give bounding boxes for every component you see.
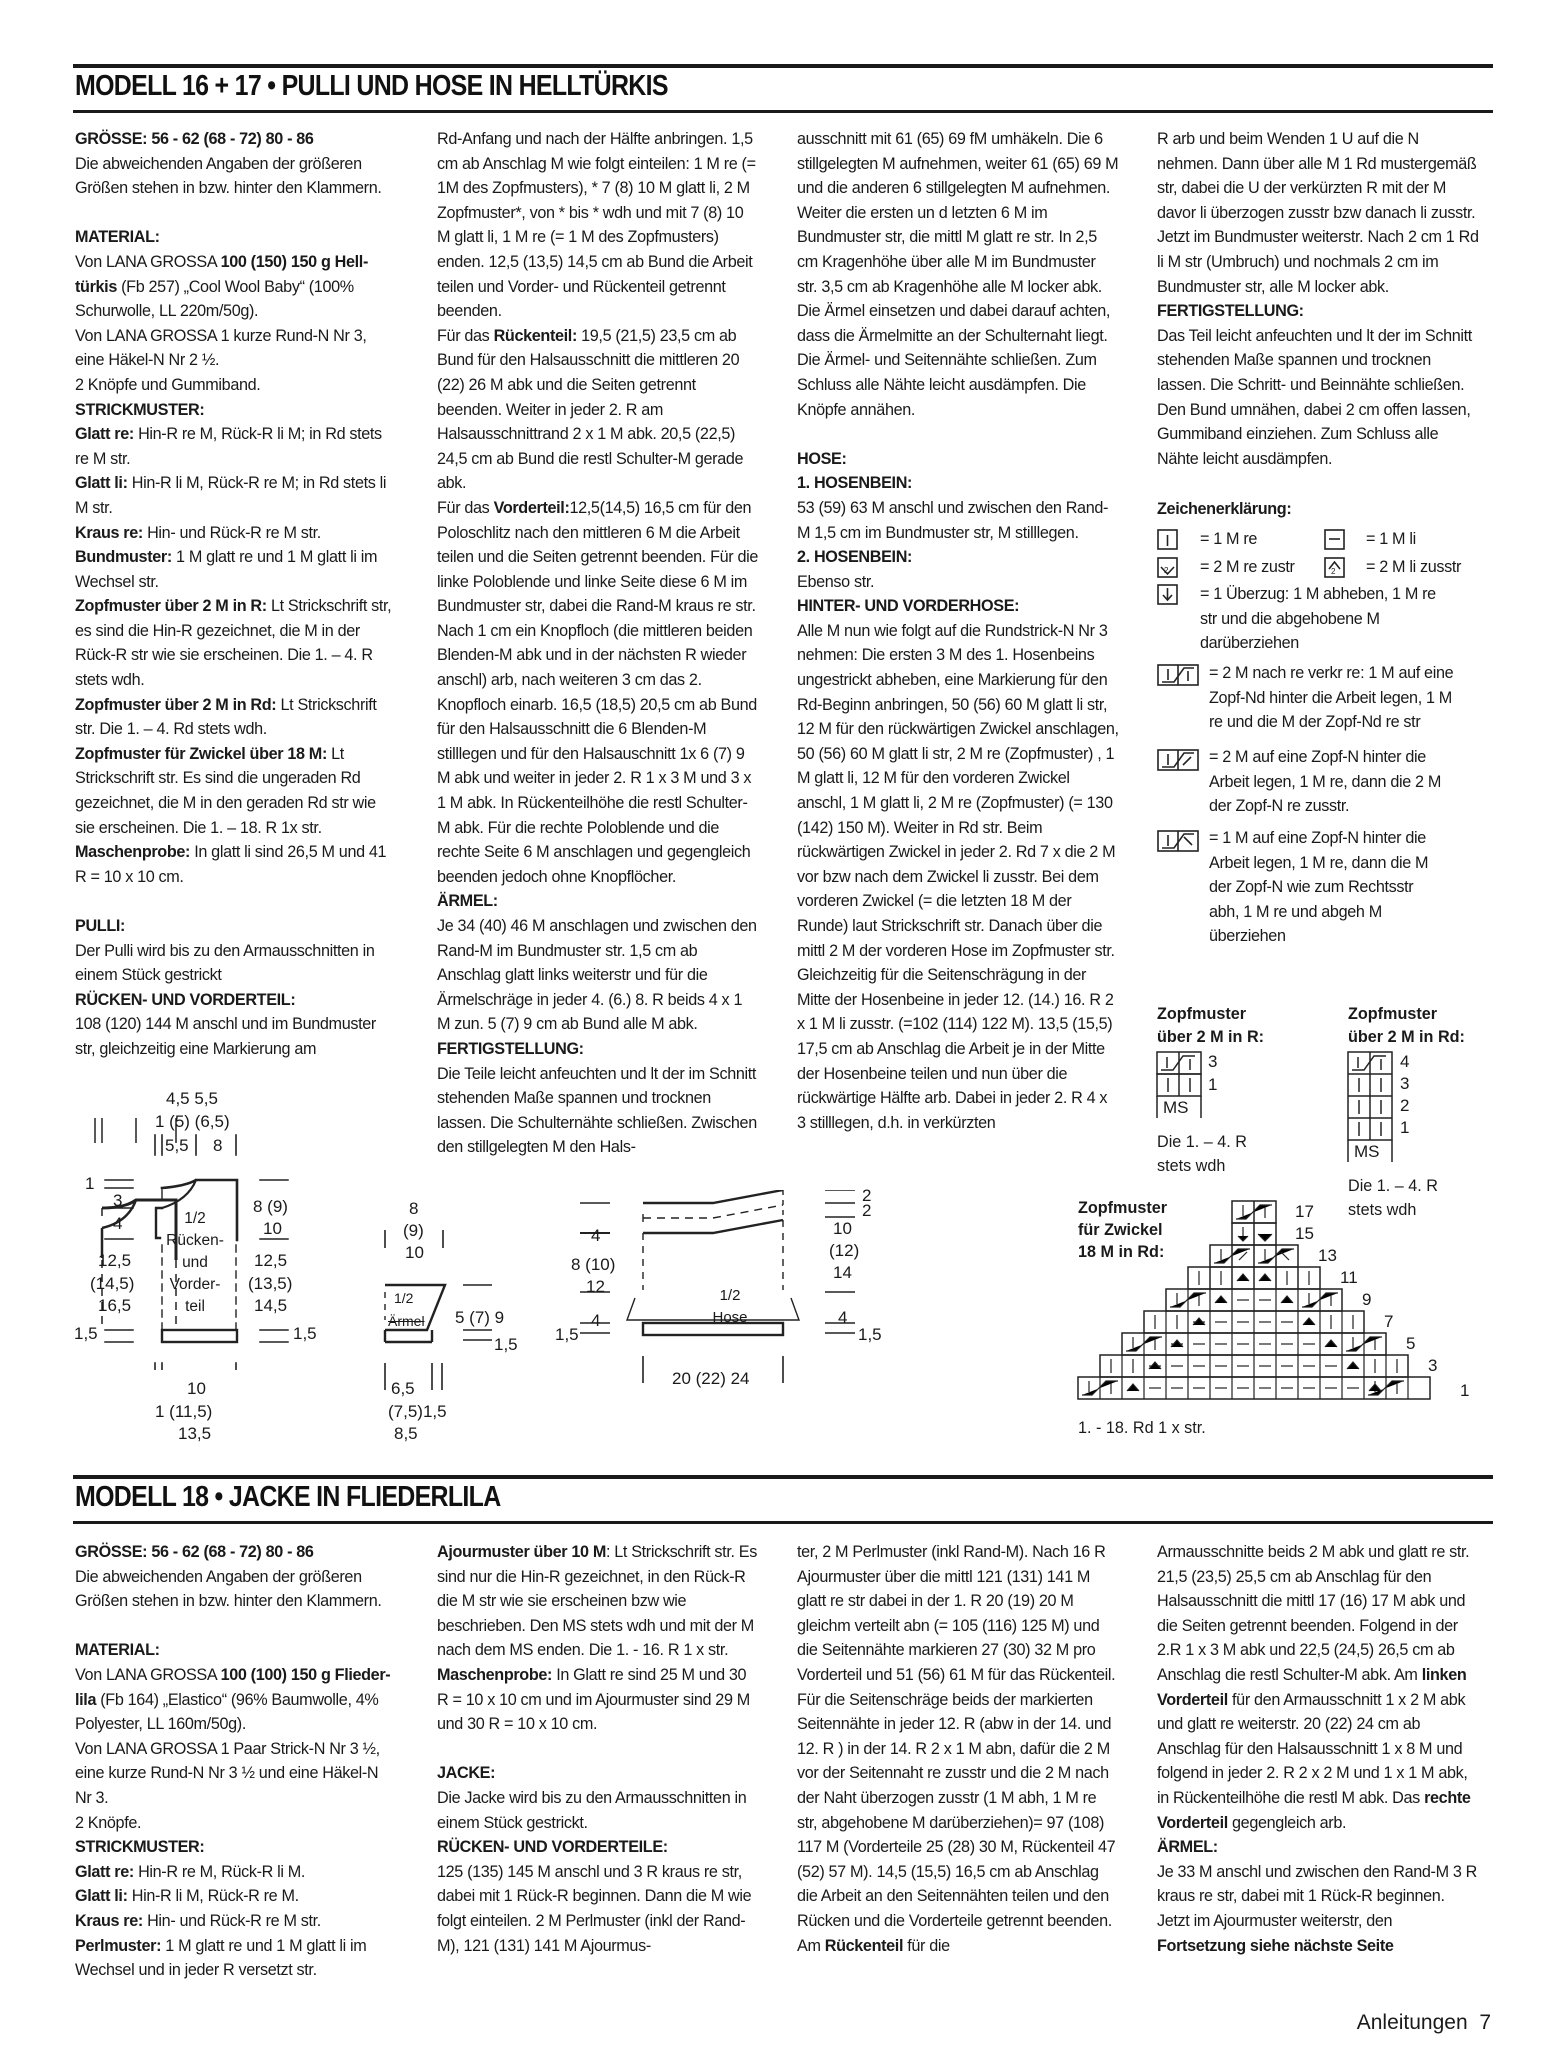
sleeve-top-2: (9) (403, 1222, 424, 1239)
paragraph: HINTER- UND VORDERHOSE: (797, 594, 1119, 619)
text-run: Je 33 M anschl und zwischen den Rand-M 3… (1157, 1863, 1477, 1930)
bold-run: GRÖSSE: 56 - 62 (68 - 72) 80 - 86 (75, 1543, 314, 1561)
paragraph: 2 Knöpfe und Gummiband. (75, 373, 397, 398)
paragraph: R arb und beim Wenden 1 U auf die N nehm… (1157, 127, 1479, 299)
legend-item-skp: = 1 Überzug: 1 M abheben, 1 M re str und… (1200, 582, 1450, 656)
text-column-5: GRÖSSE: 56 - 62 (68 - 72) 80 - 86Die abw… (75, 1540, 397, 1983)
bold-run: RÜCKEN- UND VORDERTEILE: (437, 1838, 668, 1856)
text-run: (Fb 257) „Cool Wool Baby“ (100% Schurwol… (75, 278, 354, 321)
paragraph: Die abweichenden Angaben der größeren Gr… (75, 1565, 397, 1614)
chart-zwickel-row-13: 13 (1318, 1247, 1337, 1264)
bold-run: STRICKMUSTER: (75, 1838, 204, 1856)
paragraph: Zopfmuster über 2 M in R: Lt Strickschri… (75, 594, 397, 692)
paragraph: Kraus re: Hin- und Rück-R re M str. (75, 1909, 397, 1934)
text-run: Die abweichenden Angaben der größeren Gr… (75, 155, 382, 198)
paragraph: Die Jacke wird bis zu den Armausschnitte… (437, 1786, 759, 1835)
sleeve-top-1: 8 (409, 1200, 418, 1217)
body-right-4: (13,5) (248, 1275, 292, 1292)
text-run: Rd-Anfang und nach der Hälfte anbringen.… (437, 130, 756, 320)
pants-right-5: 14 (833, 1264, 852, 1281)
paragraph: 108 (120) 144 M anschl und im Bundmuster… (75, 1012, 397, 1061)
text-run: 12,5(14,5) 16,5 cm für den Poloschlitz n… (437, 499, 758, 886)
text-run: 2 Knöpfe. (75, 1814, 141, 1832)
text-run: Hin-R li M, Rück-R re M. (128, 1887, 299, 1905)
text-run: Gleichzeitig für die Seitenschrägung in … (797, 966, 1113, 1132)
text-run: 125 (135) 145 M anschl und 3 R kraus re … (437, 1863, 751, 1955)
chart-zwickel-row-3: 3 (1428, 1357, 1437, 1374)
cable-ssk-icon (1158, 831, 1198, 851)
chart-zopf-r-title: Zopfmuster über 2 M in R: (1157, 1003, 1264, 1049)
knit-icon (1158, 530, 1177, 549)
bold-run: Zopfmuster über 2 M in R: (75, 597, 267, 615)
paragraph-gap (75, 889, 397, 914)
text-run: Armausschnitte beids 2 M abk und glatt r… (1157, 1543, 1469, 1684)
text-run: Ebenso str. (797, 573, 874, 591)
bold-run: 1. HOSENBEIN: (797, 474, 912, 492)
chart-zopf-rd-row-4: 4 (1400, 1053, 1409, 1070)
body-right-6: 1,5 (293, 1325, 317, 1342)
legend-item-cable-ssk: = 1 M auf eine Zopf-N hinter die Arbeit … (1209, 826, 1439, 949)
paragraph: Der Pulli wird bis zu den Armausschnitte… (75, 939, 397, 988)
bold-run: Rückenteil: (494, 327, 577, 345)
body-top-3b: 8 (213, 1137, 222, 1154)
text-run: R arb und beim Wenden 1 U auf die N nehm… (1157, 130, 1479, 296)
chart-zopf-rd-title: Zopfmuster über 2 M in Rd: (1348, 1003, 1465, 1049)
text-column-6: Ajourmuster über 10 M: Lt Strickschrift … (437, 1540, 759, 1958)
section-divider (73, 1475, 1493, 1479)
bold-run: Zopfmuster über 2 M in Rd: (75, 696, 276, 714)
bold-run: Fortsetzung siehe nächste Seite (1157, 1937, 1394, 1955)
chart-zopf-rd-row-3: 3 (1400, 1075, 1409, 1092)
text-run: ter, 2 M Perlmuster (inkl Rand-M). Nach … (797, 1543, 1115, 1955)
paragraph: JACKE: (437, 1761, 759, 1786)
text-run: Von LANA GROSSA (75, 1666, 221, 1684)
body-left-1: 1 (85, 1175, 94, 1192)
paragraph: 125 (135) 145 M anschl und 3 R kraus re … (437, 1860, 759, 1958)
paragraph: PULLI: (75, 914, 397, 939)
bold-run: ÄRMEL: (1157, 1838, 1218, 1856)
svg-text:2: 2 (1331, 567, 1336, 576)
text-column-7: ter, 2 M Perlmuster (inkl Rand-M). Nach … (797, 1540, 1119, 1958)
bold-run: FERTIGSTELLUNG: (437, 1040, 584, 1058)
paragraph: Kraus re: Hin- und Rück-R re M str. (75, 521, 397, 546)
bold-run: Glatt li: (75, 1887, 128, 1905)
text-run: Das Teil leicht anfeuchten und lt der im… (1157, 327, 1472, 468)
paragraph: Maschenprobe: In Glatt re sind 25 M und … (437, 1663, 759, 1737)
title-underline (73, 110, 1493, 113)
body-left-5: (14,5) (90, 1275, 134, 1292)
pants-right-2: 2 (862, 1202, 871, 1219)
bold-run: Maschenprobe: (437, 1666, 552, 1684)
paragraph: 53 (59) 63 M anschl und zwischen den Ran… (797, 496, 1119, 545)
legend-title: Zeichenerklärung: (1157, 497, 1487, 522)
text-run: Alle M nun wie folgt auf die Rundstrick-… (797, 622, 1119, 960)
bold-run: HOSE: (797, 450, 847, 468)
bold-run: Maschenprobe: (75, 843, 190, 861)
paragraph: Glatt li: Hin-R li M, Rück-R re M; in Rd… (75, 471, 397, 520)
bold-run: Kraus re: (75, 524, 143, 542)
body-bottom-2: 1 (11,5) (155, 1403, 212, 1420)
body-bottom-3: 13,5 (178, 1425, 211, 1442)
sleeve-label-1: 1/2 (394, 1291, 413, 1305)
body-top-2: 1 (5) (6,5) (155, 1113, 230, 1130)
paragraph: MATERIAL: (75, 225, 397, 250)
chart-zwickel-row-1: 1 (1460, 1382, 1469, 1399)
pants-left-4: 4 (591, 1312, 600, 1329)
paragraph: Armausschnitte beids 2 M abk und glatt r… (1157, 1540, 1479, 1835)
paragraph: RÜCKEN- UND VORDERTEILE: (437, 1835, 759, 1860)
pants-right-4: (12) (829, 1242, 859, 1259)
paragraph: Je 33 M anschl und zwischen den Rand-M 3… (1157, 1860, 1479, 1958)
paragraph: Von LANA GROSSA 100 (100) 150 g Flieder­… (75, 1663, 397, 1737)
paragraph: Bundmuster: 1 M glatt re und 1 M glatt l… (75, 545, 397, 594)
paragraph: MATERIAL: (75, 1638, 397, 1663)
text-run: 108 (120) 144 M anschl und im Bundmuster… (75, 1015, 376, 1058)
paragraph: RÜCKEN- UND VORDERTEIL: (75, 988, 397, 1013)
body-left-6: 16,5 (98, 1297, 131, 1314)
text-run: Der Pulli wird bis zu den Armausschnitte… (75, 942, 375, 985)
paragraph: Alle M nun wie folgt auf die Rundstrick-… (797, 619, 1119, 963)
skp-icon (1158, 585, 1177, 604)
paragraph-gap (75, 201, 397, 226)
chart-zopf-rd-row-2: 2 (1400, 1097, 1409, 1114)
sleeve-right-1: 5 (7) 9 (455, 1309, 504, 1326)
bold-run: Glatt re: (75, 425, 134, 443)
bold-run: HINTER- UND VORDERHOSE: (797, 597, 1019, 615)
body-top-1: 4,5 5,5 (166, 1090, 218, 1107)
text-run: Die Teile leicht anfeuchten und lt der i… (437, 1065, 757, 1157)
paragraph-gap (75, 1614, 397, 1639)
sleeve-bottom-1: 6,5 (391, 1380, 415, 1397)
purl-icon (1325, 530, 1344, 549)
bold-run: Zopfmuster für Zwickel über 18 M: (75, 745, 327, 763)
paragraph: Glatt re: Hin-R re M, Rück-R li M. (75, 1860, 397, 1885)
pants-left-5: 1,5 (555, 1326, 579, 1343)
paragraph: GRÖSSE: 56 - 62 (68 - 72) 80 - 86 (75, 1540, 397, 1565)
body-right-1: 8 (9) (253, 1198, 288, 1215)
bold-run: Rückenteil (825, 1937, 903, 1955)
body-left-2: 3 (113, 1192, 122, 1209)
text-column-4: R arb und beim Wenden 1 U auf die N nehm… (1157, 127, 1479, 471)
bold-run: JACKE: (437, 1764, 495, 1782)
page-footer: Anleitungen 7 (1357, 2011, 1491, 2035)
legend-item-p2tog: = 2 M li zusstr (1366, 555, 1461, 580)
sleeve-top-3: 10 (405, 1244, 424, 1261)
bold-run: FERTIGSTELLUNG: (1157, 302, 1304, 320)
text-run: Die abweichenden Angaben der größeren Gr… (75, 1568, 382, 1611)
body-bottom-1: 10 (187, 1380, 206, 1397)
paragraph: Zopfmuster für Zwickel über 18 M: Lt Str… (75, 742, 397, 840)
text-run: Von LANA GROSSA 1 kurze Rund-N Nr 3, ein… (75, 327, 367, 370)
text-run: Von LANA GROSSA (75, 253, 221, 271)
cable-k2tog-icon (1158, 750, 1198, 770)
text-run: Je 34 (40) 46 M anschlagen und zwischen … (437, 917, 757, 1033)
paragraph: FERTIGSTELLUNG: (437, 1037, 759, 1062)
paragraph: Für das Vorderteil:12,5(14,5) 16,5 cm fü… (437, 496, 759, 890)
text-column-1: GRÖSSE: 56 - 62 (68 - 72) 80 - 86Die abw… (75, 127, 397, 1062)
pants-left-2: 8 (10) (571, 1256, 615, 1273)
bold-run: Perlmuster: (75, 1937, 161, 1955)
paragraph: Je 34 (40) 46 M anschlagen und zwischen … (437, 914, 759, 1037)
body-left-4: 12,5 (98, 1252, 131, 1269)
title-underline-2 (73, 1521, 1493, 1524)
body-top-3a: 5,5 (165, 1137, 189, 1154)
text-run: 2 Knöpfe und Gummiband. (75, 376, 260, 394)
chart-zopf-rd-ms: MS (1354, 1143, 1380, 1160)
paragraph: Ebenso str. (797, 570, 1119, 595)
legend-item-cable-k2tog: = 2 M auf eine Zopf-N hinter die Arbeit … (1209, 745, 1449, 819)
body-right-5: 14,5 (254, 1297, 287, 1314)
bold-run: MATERIAL: (75, 228, 160, 246)
paragraph: ÄRMEL: (1157, 1835, 1479, 1860)
paragraph: Für das Rückenteil: 19,5 (21,5) 23,5 cm … (437, 324, 759, 496)
text-run: 53 (59) 63 M anschl und zwischen den Ran… (797, 499, 1108, 542)
body-left-3: 4 (113, 1215, 122, 1232)
text-run: Hin-R re M, Rück-R li M. (134, 1863, 305, 1881)
legend-item-purl: = 1 M li (1366, 527, 1416, 552)
legend: Zeichenerklärung: (1157, 497, 1487, 522)
paragraph: Von LANA GROSSA 100 (150) 150 g Hell­tür… (75, 250, 397, 324)
paragraph: Rd-Anfang und nach der Hälfte anbringen.… (437, 127, 759, 324)
paragraph: 1. HOSENBEIN: (797, 471, 1119, 496)
paragraph: Von LANA GROSSA 1 Paar Strick-N Nr 3 ½, … (75, 1737, 397, 1811)
right-cross-icon (1158, 665, 1198, 685)
chart-zwickel-note: 1. - 18. Rd 1 x str. (1078, 1420, 1206, 1436)
text-run: Für das (437, 499, 494, 517)
section-title-modell-16-17: MODELL 16 + 17 • PULLI UND HOSE IN HELLT… (75, 70, 668, 103)
chart-zopf-rd-row-1: 1 (1400, 1119, 1409, 1136)
bold-run: Kraus re: (75, 1912, 143, 1930)
pants-bottom: 20 (22) 24 (672, 1370, 750, 1387)
text-run: Die Jacke wird bis zu den Armausschnitte… (437, 1789, 746, 1832)
paragraph: Gleichzeitig für die Seitenschrägung in … (797, 963, 1119, 1135)
paragraph: FERTIGSTELLUNG: (1157, 299, 1479, 324)
paragraph: STRICKMUSTER: (75, 1835, 397, 1860)
body-label: 1/2 Rücken- und Vorder- teil (160, 1208, 230, 1318)
paragraph: ter, 2 M Perlmuster (inkl Rand-M). Nach … (797, 1540, 1119, 1958)
body-right-3: 12,5 (254, 1252, 287, 1269)
chart-zwickel-row-17: 17 (1295, 1203, 1314, 1220)
paragraph: 2 Knöpfe. (75, 1811, 397, 1836)
text-column-8: Armausschnitte beids 2 M abk und glatt r… (1157, 1540, 1479, 1958)
bold-run: RÜCKEN- UND VORDERTEIL: (75, 991, 295, 1009)
text-run: Von LANA GROSSA 1 Paar Strick-N Nr 3 ½, … (75, 1740, 380, 1807)
text-column-2: Rd-Anfang und nach der Hälfte anbringen.… (437, 127, 759, 1160)
sleeve-bottom-3: 8,5 (394, 1425, 418, 1442)
pants-label: 1/2 Hose (700, 1285, 760, 1329)
chart-zwickel-row-11: 11 (1340, 1269, 1358, 1286)
paragraph-gap (437, 1737, 759, 1762)
legend-item-right-cross: = 2 M nach re verkr re: 1 M auf eine Zop… (1209, 661, 1464, 735)
bold-run: PULLI: (75, 917, 125, 935)
chart-zwickel-row-7: 7 (1384, 1313, 1393, 1330)
paragraph: Das Teil leicht anfeuchten und lt der im… (1157, 324, 1479, 472)
chart-zopf-r-row-3: 3 (1208, 1053, 1217, 1070)
legend-item-k2tog: = 2 M re zustr (1200, 555, 1295, 580)
paragraph: Von LANA GROSSA 1 kurze Rund-N Nr 3, ein… (75, 324, 397, 373)
text-column-3: ausschnitt mit 61 (65) 69 fM umhäkeln. D… (797, 127, 1119, 1135)
paragraph: Perlmuster: 1 M glatt re und 1 M glatt l… (75, 1934, 397, 1983)
paragraph: Die Teile leicht anfeuchten und lt der i… (437, 1062, 759, 1160)
text-run: Hin- und Rück-R re M str. (143, 1912, 321, 1930)
sleeve-right-2: 1,5 (494, 1336, 518, 1353)
pants-left-1: 4 (591, 1227, 600, 1244)
text-run: für die (903, 1937, 950, 1955)
body-right-2: 10 (263, 1220, 282, 1237)
paragraph: STRICKMUSTER: (75, 398, 397, 423)
chart-zopf-r-row-1: 1 (1208, 1076, 1217, 1093)
paragraph: ÄRMEL: (437, 889, 759, 914)
bold-run: Glatt re: (75, 1863, 134, 1881)
chart-zwickel (1076, 1200, 1436, 1410)
top-rule (73, 64, 1493, 68)
paragraph-gap (797, 422, 1119, 447)
paragraph: Maschenprobe: In glatt li sind 26,5 M un… (75, 840, 397, 889)
svg-text:2: 2 (1164, 566, 1169, 575)
sleeve-bottom-2: (7,5)1,5 (388, 1403, 447, 1420)
body-left-7: 1,5 (74, 1325, 98, 1342)
legend-item-knit: = 1 M re (1200, 527, 1257, 552)
text-run: Für das (437, 327, 494, 345)
bold-run: Ajourmuster über 10 M (437, 1543, 606, 1561)
text-run: Hin- und Rück-R re M str. (143, 524, 321, 542)
chart-zopf-r-ms: MS (1163, 1099, 1189, 1116)
paragraph: Zopfmuster über 2 M in Rd: Lt Strickschr… (75, 693, 397, 742)
bold-run: ÄRMEL: (437, 892, 498, 910)
pants-right-3: 10 (833, 1220, 852, 1237)
paragraph: Ajourmuster über 10 M: Lt Strickschrift … (437, 1540, 759, 1663)
text-run: ausschnitt mit 61 (65) 69 fM umhäkeln. D… (797, 130, 1118, 419)
text-run: 19,5 (21,5) 23,5 cm ab Bund für den Hals… (437, 327, 743, 493)
sleeve-label-2: Ärmel (388, 1314, 425, 1328)
paragraph: GRÖSSE: 56 - 62 (68 - 72) 80 - 86 (75, 127, 397, 152)
chart-zwickel-row-5: 5 (1406, 1335, 1415, 1352)
bold-run: Vorderteil: (494, 499, 570, 517)
bold-run: MATERIAL: (75, 1641, 160, 1659)
text-run: gegengleich arb. (1228, 1814, 1346, 1832)
chart-zwickel-row-9: 9 (1362, 1291, 1371, 1308)
paragraph: 2. HOSENBEIN: (797, 545, 1119, 570)
chart-zopf-r-note: Die 1. – 4. R stets wdh (1157, 1130, 1247, 1178)
bold-run: STRICKMUSTER: (75, 401, 204, 419)
pants-right-7: 1,5 (858, 1326, 882, 1343)
paragraph: Glatt re: Hin-R re M, Rück-R li M; in Rd… (75, 422, 397, 471)
bold-run: 2. HOSENBEIN: (797, 548, 912, 566)
chart-zwickel-row-15: 15 (1295, 1225, 1314, 1242)
bold-run: GRÖSSE: 56 - 62 (68 - 72) 80 - 86 (75, 130, 314, 148)
paragraph: HOSE: (797, 447, 1119, 472)
paragraph: ausschnitt mit 61 (65) 69 fM umhäkeln. D… (797, 127, 1119, 422)
pants-right-6: 4 (838, 1309, 847, 1326)
bold-run: Glatt li: (75, 474, 128, 492)
text-run: (Fb 164) „Elastico“ (96% Baumwolle, 4% P… (75, 1691, 378, 1734)
paragraph: Glatt li: Hin-R li M, Rück-R re M. (75, 1884, 397, 1909)
paragraph: Die abweichenden Angaben der größeren Gr… (75, 152, 397, 201)
section-title-modell-18: MODELL 18 • JACKE IN FLIEDERLILA (75, 1481, 501, 1514)
bold-run: Bundmuster: (75, 548, 172, 566)
pants-left-3: 12 (586, 1278, 605, 1295)
